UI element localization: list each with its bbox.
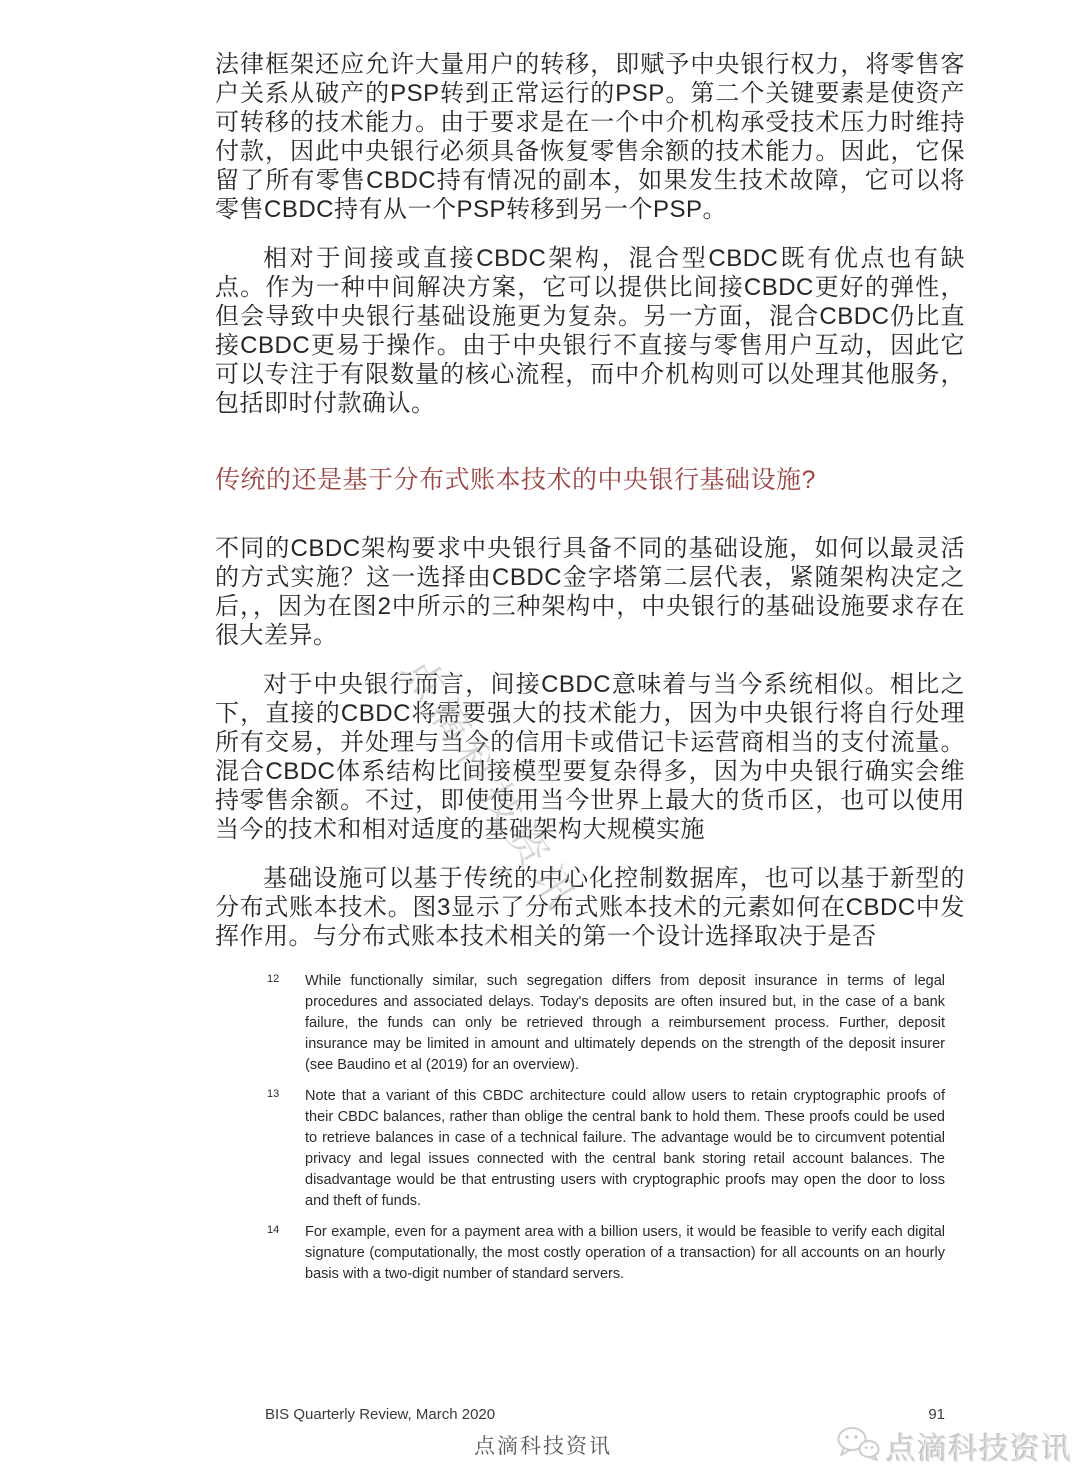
journal-title: BIS Quarterly Review, March 2020 — [265, 1406, 495, 1423]
footnote-number: 12 — [267, 971, 305, 1076]
bottom-watermark-text: 点滴科技资讯 — [474, 1430, 612, 1460]
footnote-text: While functionally similar, such segrega… — [305, 971, 945, 1076]
footnote: 12 While functionally similar, such segr… — [267, 971, 965, 1076]
body-paragraph: 法律框架还应允许大量用户的转移，即赋予中央银行权力，将零售客户关系从破产的PSP… — [215, 50, 965, 224]
footnote-text: For example, even for a payment area wit… — [305, 1222, 945, 1285]
body-paragraph: 相对于间接或直接CBDC架构，混合型CBDC既有优点也有缺点。作为一种中间解决方… — [215, 244, 965, 418]
footnote: 14 For example, even for a payment area … — [267, 1222, 965, 1285]
footnotes: 12 While functionally similar, such segr… — [267, 971, 965, 1285]
page-content: 法律框架还应允许大量用户的转移，即赋予中央银行权力，将零售客户关系从破产的PSP… — [215, 50, 965, 1295]
footnote: 13 Note that a variant of this CBDC arch… — [267, 1086, 965, 1212]
page-number: 91 — [928, 1406, 945, 1423]
body-paragraph: 对于中央银行而言，间接CBDC意味着与当今系统相似。相比之下，直接的CBDC将需… — [215, 670, 965, 844]
section-heading: 传统的还是基于分布式账本技术的中央银行基础设施? — [215, 464, 965, 496]
footnote-number: 14 — [267, 1222, 305, 1285]
footnote-number: 13 — [267, 1086, 305, 1212]
brand-watermark: 点滴科技资讯 — [836, 1424, 1072, 1468]
brand-watermark-text: 点滴科技资讯 — [886, 1424, 1072, 1468]
body-paragraph: 不同的CBDC架构要求中央银行具备不同的基础设施，如何以最灵活的方式实施？这一选… — [215, 534, 965, 650]
page-footer: BIS Quarterly Review, March 2020 91 — [265, 1406, 945, 1423]
footnote-text: Note that a variant of this CBDC archite… — [305, 1086, 945, 1212]
body-paragraph: 基础设施可以基于传统的中心化控制数据库，也可以基于新型的分布式账本技术。图3显示… — [215, 864, 965, 951]
wechat-icon — [836, 1425, 880, 1468]
document-page: 点滴科技资讯 法律框架还应允许大量用户的转移，即赋予中央银行权力，将零售客户关系… — [0, 0, 1080, 1468]
